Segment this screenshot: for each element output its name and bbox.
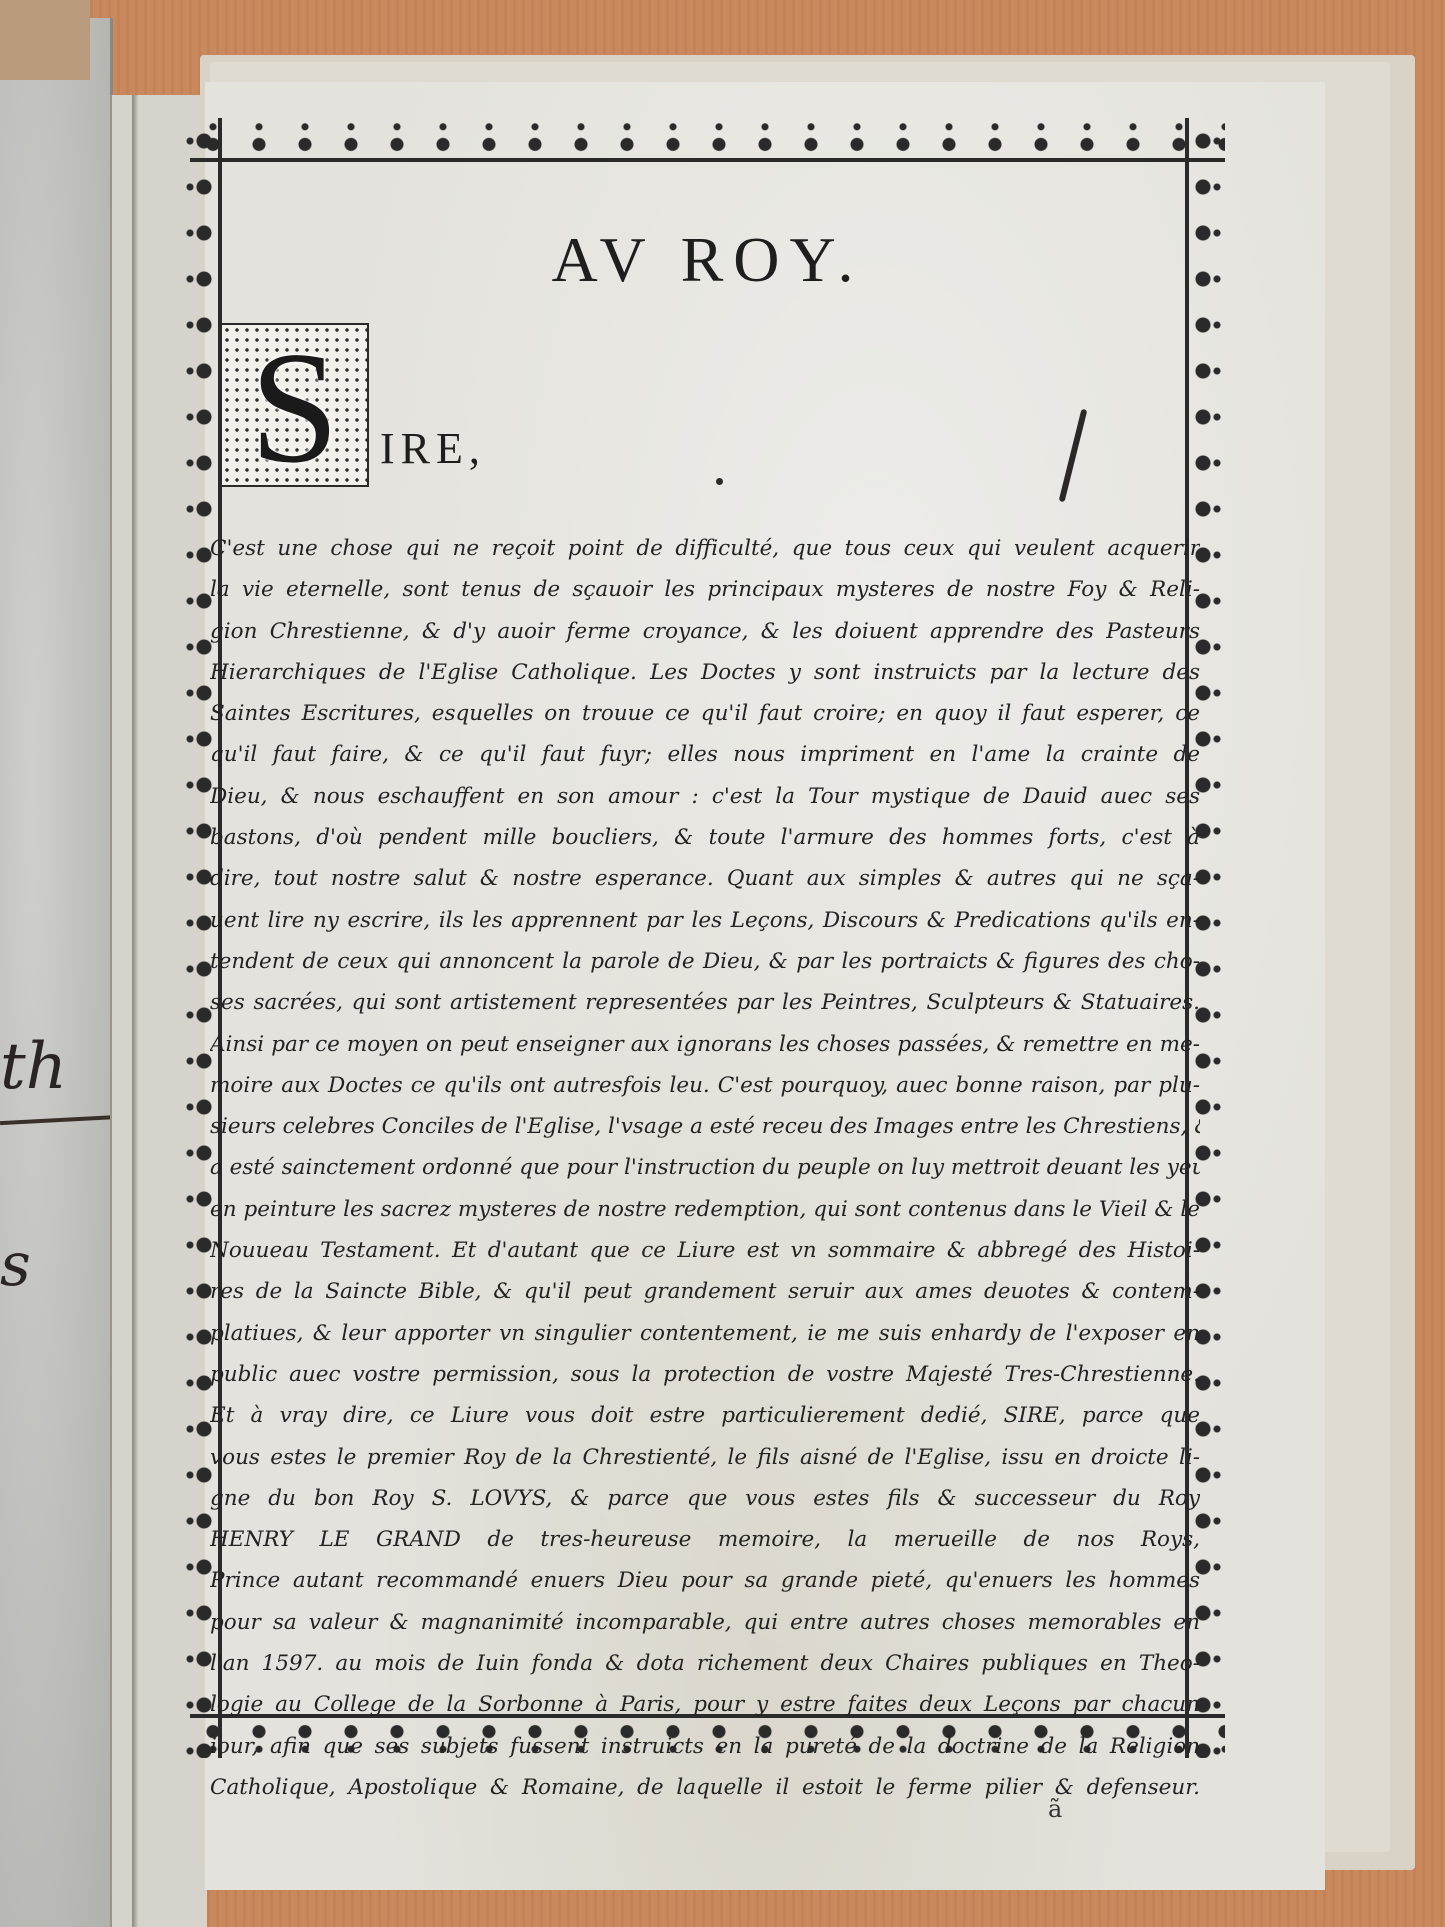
text-line: Dieu, & nous eschauffent en son amour : … xyxy=(210,776,1200,817)
ink-mark xyxy=(1059,409,1088,503)
body-text: C'est une chose qui ne reçoit point de d… xyxy=(210,528,1200,1808)
book-cover xyxy=(0,18,113,1927)
handwritten-marginalia: th xyxy=(0,1030,67,1104)
drop-cap-letter: S xyxy=(222,315,367,500)
text-line: iour, afin que ses subjets fussent instr… xyxy=(210,1726,1200,1767)
salutation: IRE, xyxy=(380,423,486,474)
ornament-border-top xyxy=(190,118,1225,162)
text-line: C'est une chose qui ne reçoit point de d… xyxy=(210,528,1200,569)
text-line: public auec vostre permission, sous la p… xyxy=(210,1354,1200,1395)
text-line: dire, tout nostre salut & nostre esperan… xyxy=(210,858,1200,899)
text-line: sieurs celebres Conciles de l'Eglise, l'… xyxy=(210,1106,1200,1147)
ink-dot xyxy=(716,478,723,485)
text-line: pour sa valeur & magnanimité incomparabl… xyxy=(210,1602,1200,1643)
text-line: moire aux Doctes ce qu'ils ont autresfoi… xyxy=(210,1065,1200,1106)
text-line: l'an 1597. au mois de Iuin fonda & dota … xyxy=(210,1643,1200,1684)
text-line: Hierarchiques de l'Eglise Catholique. Le… xyxy=(210,652,1200,693)
text-line: platiues, & leur apporter vn singulier c… xyxy=(210,1313,1200,1354)
text-line: HENRY LE GRAND de tres-heureuse memoire,… xyxy=(210,1519,1200,1560)
cover-corner xyxy=(0,0,90,80)
ornamental-frame: AV ROY. S IRE, C'est une chose qui ne re… xyxy=(190,118,1225,1758)
text-line: tendent de ceux qui annoncent la parole … xyxy=(210,941,1200,982)
text-line: Ainsi par ce moyen on peut enseigner aux… xyxy=(210,1024,1200,1065)
handwritten-marginalia: s xyxy=(0,1230,31,1300)
decorated-initial: S xyxy=(220,323,369,487)
text-line: Nouueau Testament. Et d'autant que ce Li… xyxy=(210,1230,1200,1271)
text-line: la vie eternelle, sont tenus de sçauoir … xyxy=(210,569,1200,610)
text-line: gne du bon Roy S. LOVYS, & parce que vou… xyxy=(210,1478,1200,1519)
text-line: res de la Saincte Bible, & qu'il peut gr… xyxy=(210,1271,1200,1312)
text-line: bastons, d'où pendent mille boucliers, &… xyxy=(210,817,1200,858)
text-line: ses sacrées, qui sont artistement repres… xyxy=(210,982,1200,1023)
text-line: Et à vray dire, ce Liure vous doit estre… xyxy=(210,1395,1200,1436)
text-line: uent lire ny escrire, ils les apprennent… xyxy=(210,900,1200,941)
text-line: gion Chrestienne, & d'y auoir ferme croy… xyxy=(210,611,1200,652)
signature-mark: ã xyxy=(1048,1795,1062,1823)
text-line: vous estes le premier Roy de la Chrestie… xyxy=(210,1437,1200,1478)
text-line: logie au College de la Sorbonne à Paris,… xyxy=(210,1684,1200,1725)
text-line: en peinture les sacrez mysteres de nostr… xyxy=(210,1189,1200,1230)
page-title: AV ROY. xyxy=(190,223,1225,297)
text-line: qu'il faut faire, & ce qu'il faut fuyr; … xyxy=(210,734,1200,775)
text-line: a esté sainctement ordonné que pour l'in… xyxy=(210,1147,1200,1188)
text-line: Prince autant recommandé enuers Dieu pou… xyxy=(210,1560,1200,1601)
text-line: Saintes Escritures, esquelles on trouue … xyxy=(210,693,1200,734)
